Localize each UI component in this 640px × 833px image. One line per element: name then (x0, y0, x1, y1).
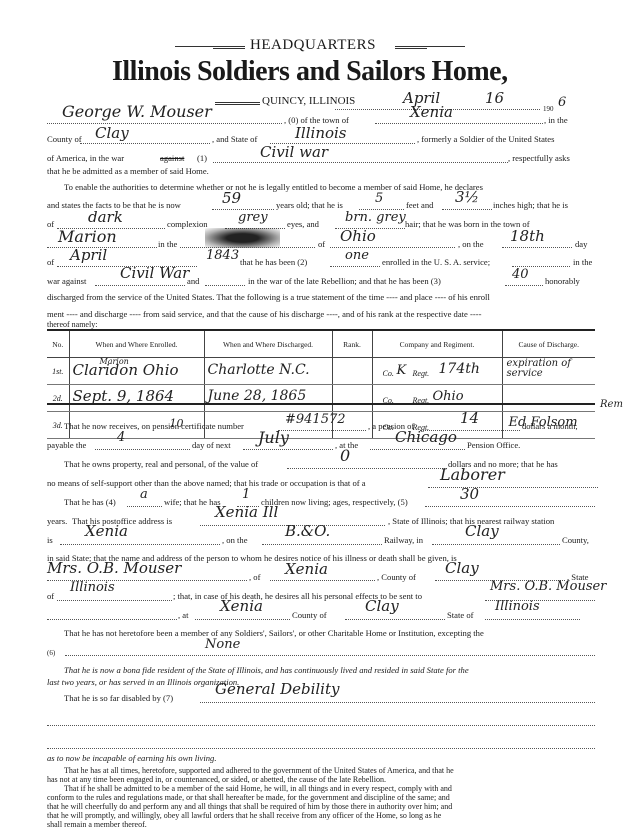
war-strike: against (160, 153, 184, 163)
state-of-label: State of (447, 610, 474, 620)
day-label: day (575, 239, 587, 249)
discharged-value: Charlotte N.C. (208, 364, 310, 377)
property-label: That he owns property, real and personal… (64, 459, 258, 469)
contact-state-line (57, 600, 172, 601)
of-label-3: of (47, 257, 54, 267)
years-label: years. (47, 516, 67, 526)
contact-name-value: Mrs. O.B. Mouser (47, 562, 181, 575)
table-row: 1st. Claridon Ohio Marion Charlotte N.C.… (47, 358, 595, 385)
payable-label: payable the (47, 440, 86, 450)
row-cause: expiration of service (502, 358, 595, 385)
rebellion-line (205, 285, 245, 286)
feet-label: feet and (406, 200, 433, 210)
other-homes-label: That he has not heretofore been a member… (64, 628, 484, 638)
effects-town-line (195, 619, 290, 620)
row-no: 2d. (47, 385, 69, 412)
col-no: No. (47, 331, 69, 358)
oath-line-6: that he will promptly, and willingly, ob… (47, 811, 441, 820)
of-label: of (47, 219, 54, 229)
war-against-label: war against (47, 276, 86, 286)
rail-county-line (432, 544, 560, 545)
war-name-value: Civil War (120, 267, 189, 280)
page-title: Illinois Soldiers and Sailors Home, (112, 56, 508, 88)
disability-line-1 (200, 702, 595, 703)
and-label: and (187, 276, 199, 286)
enrolled-value: Sept. 9, 1864 (73, 390, 175, 403)
war-value: Civil war (260, 146, 328, 159)
eyes-label: eyes, and (287, 219, 319, 229)
applicant-name: George W. Mouser (62, 105, 212, 118)
of-label-2: of (318, 239, 325, 249)
asks-text: , respectfully asks (508, 153, 570, 163)
other-homes-num: (6) (47, 648, 55, 658)
row-no: 1st. (47, 358, 69, 385)
formerly-text: , formerly a Soldier of the United State… (417, 134, 554, 144)
oath-line-2: has not at any time been engaged in, or … (47, 775, 386, 784)
intro-text: To enable the authorities to determine w… (64, 182, 483, 192)
day-of-next-label: day of next (192, 440, 231, 450)
col-enrolled: When and Where Enrolled. (69, 331, 204, 358)
table-bottom-rule (47, 403, 595, 405)
birth-town-value: Marion (58, 230, 117, 243)
row-rank (332, 385, 372, 412)
effects-county-line (345, 619, 445, 620)
hair-value: brn. grey (345, 211, 406, 224)
honorably-line (505, 285, 543, 286)
other-homes-value: None (205, 638, 240, 651)
oath-line-7: shall remain a member thereof. (47, 820, 147, 829)
in-the-label-3: in the (573, 257, 592, 267)
county-of-label: , County of (377, 572, 416, 582)
disability-line-3 (47, 748, 595, 749)
inches-value: 3½ (455, 191, 479, 204)
cert-number-value: #941572 (285, 413, 346, 426)
cert-line (278, 430, 366, 431)
oath-line-5: that he will cheerfully do and perform a… (47, 802, 452, 811)
state-label: , and State of (212, 134, 257, 144)
railway-value: B.&O. (285, 525, 330, 538)
county-label-2: County, (562, 535, 589, 545)
contact-town-line (270, 580, 375, 581)
rail-county-value: Clay (465, 525, 499, 538)
disability-value: General Debility (215, 683, 339, 696)
effects-county-value: Clay (365, 600, 399, 613)
cause-value: expiration of service (507, 359, 587, 379)
inches-label: inches high; that he is (493, 200, 568, 210)
war-name-line (95, 285, 185, 286)
header-rule-left (175, 46, 213, 47)
pension-office-label: Pension Office. (467, 440, 520, 450)
complexion-value: dark (88, 211, 123, 224)
enrolled-note: Marion (100, 355, 129, 368)
war-note: (1) (197, 153, 207, 163)
header-ornament-left (213, 46, 245, 49)
station-value: Xenia (85, 525, 128, 538)
residency-line-1: That he is now a bona fide resident of t… (64, 665, 469, 675)
row-company: Co. K Regt. 174th (372, 358, 502, 385)
war-line (213, 162, 508, 163)
birth-day-value: 18th (510, 230, 545, 243)
location-ornament-left (215, 102, 260, 105)
col-cause: Cause of Discharge. (502, 331, 595, 358)
contact-town-value: Xenia (285, 563, 328, 576)
row-cause (502, 385, 595, 412)
railway-line (262, 544, 382, 545)
children-label: children now living; ages, respectively,… (261, 497, 408, 507)
effects-state-line (485, 619, 580, 620)
oath-line-1: That he has at all times, heretofore, su… (64, 766, 454, 775)
payable-month-line (243, 449, 333, 450)
table-header-row: No. When and Where Enrolled. When and Wh… (47, 331, 595, 358)
birth-year-value: 1843 (206, 249, 239, 262)
regt-value: 174th (439, 363, 480, 376)
contact-county-value: Clay (445, 562, 479, 575)
pension-amount-value: 14 (460, 412, 479, 425)
effects-extra-line (47, 619, 177, 620)
oath-line-4: conform to the rules and regulations mad… (47, 793, 450, 802)
complexion-label: complexion (167, 219, 208, 229)
enrolled-times-value: one (345, 249, 369, 262)
years-old-label: years old; that he is (276, 200, 343, 210)
on-the-label-2: , on the (222, 535, 248, 545)
payable-day-line (95, 449, 190, 450)
station-line (60, 544, 220, 545)
county-line (80, 143, 210, 144)
disability-label: That he is so far disabled by (7) (64, 693, 173, 703)
discharged-value: June 28, 1865 (208, 390, 307, 403)
occupation-line (428, 487, 598, 488)
of-label-4: , of (249, 572, 260, 582)
wife-value: a (140, 488, 148, 501)
header-ornament-right (395, 46, 427, 49)
effects-state-value: Illinois (495, 600, 540, 613)
birth-month-value: April (70, 249, 107, 262)
means-text: no means of self-support other than the … (47, 478, 366, 488)
margin-note: Rem (600, 398, 623, 411)
property-line (287, 468, 447, 469)
co-value: K (397, 364, 407, 377)
birth-day-line (502, 247, 572, 248)
pension-office-value: Chicago (395, 431, 457, 444)
in-the-label-2: in the (158, 239, 177, 249)
ages-value: 30 (460, 488, 479, 501)
date-day: 16 (485, 92, 504, 105)
row-discharged: Charlotte N.C. (204, 358, 332, 385)
contact-state-value: Illinois (70, 581, 115, 594)
is-label: is (47, 535, 53, 545)
header-location: QUINCY, ILLINOIS (262, 95, 355, 107)
in-the-label: , in the (544, 115, 568, 125)
at-label: , at (178, 610, 189, 620)
honorably-label: honorably (545, 276, 580, 286)
feet-value: 5 (375, 192, 383, 205)
other-homes-line (65, 655, 595, 656)
effects-town-value: Xenia (220, 600, 263, 613)
ment-text: ment ---- and discharge ---- from said s… (47, 309, 481, 319)
birth-county-line (180, 247, 315, 248)
has-label: That he has (4) (64, 497, 116, 507)
col-discharged: When and Where Discharged. (204, 331, 332, 358)
name-line (47, 123, 282, 124)
property-value: 0 (340, 449, 350, 462)
wife-label: wife; that he has (164, 497, 221, 507)
row-company: Co. Regt. Ohio (372, 385, 502, 412)
birth-state-value: Ohio (340, 230, 376, 243)
dollars-month-label: dollars a month, (522, 421, 578, 431)
eyes-value: grey (238, 211, 268, 224)
enrolled-label: enrolled in the U. S. A. service; (382, 257, 490, 267)
payable-month-value: July (258, 431, 289, 444)
header-headquarters: HEADQUARTERS (250, 37, 376, 54)
war-label: of America, in the war (47, 153, 124, 163)
railway-label: Railway, in (384, 535, 423, 545)
on-the-label: , on the (458, 239, 484, 249)
disability-line-2 (47, 725, 595, 726)
state-value: Illinois (295, 127, 347, 140)
residency-line-2: last two years, or has served in an Illi… (47, 677, 239, 687)
been-label: that he has been (2) (240, 257, 307, 267)
effects-name-value: Mrs. O.B. Mouser (490, 580, 606, 593)
table-row: 2d. Sept. 9, 1864 June 28, 1865 Co. Regt… (47, 385, 595, 412)
rebellion-text: in the war of the late Rebellion; and th… (248, 276, 441, 286)
oath-line-3: That if he shall be admitted to be a mem… (64, 784, 452, 793)
col-rank: Rank. (332, 331, 372, 358)
county-of-label-2: County of (292, 610, 327, 620)
date-year-suffix: 6 (558, 96, 566, 109)
admit-text: that he be admitted as a member of said … (47, 166, 209, 176)
postoffice-value: Xenia Ill (215, 506, 278, 519)
row-enrolled: Claridon Ohio Marion (69, 358, 204, 385)
header-rule-right (427, 46, 465, 47)
regt-value: Ohio (433, 390, 464, 403)
payable-day-value: 4 (117, 431, 125, 444)
ink-smudge (205, 228, 280, 248)
wife-line (127, 506, 162, 507)
discharged-text: discharged from the service of the Unite… (47, 292, 490, 302)
occupation-value: Laborer (440, 468, 505, 481)
town-value: Xenia (410, 106, 453, 119)
row-rank (332, 358, 372, 385)
col-company: Company and Regiment. (372, 331, 502, 358)
ages-line (425, 506, 595, 507)
town-line (375, 123, 543, 124)
co-label: Co. (383, 369, 394, 378)
regt-label: Regt. (413, 369, 430, 378)
of-label-5: of (47, 591, 54, 601)
inches-line (442, 209, 492, 210)
disability-tail: as to now be incapable of earning his ow… (47, 753, 216, 763)
date-year-prefix: 190 (543, 104, 554, 114)
county-value: Clay (95, 127, 129, 140)
age-value: 59 (222, 192, 241, 205)
honorably-count-value: 40 (512, 268, 529, 281)
county-label: County of (47, 134, 82, 144)
row-enrolled: Sept. 9, 1864 (69, 385, 204, 412)
pension-office-line (370, 449, 465, 450)
row-discharged: June 28, 1865 (204, 385, 332, 412)
cert-label: That he now receives, on pension certifi… (64, 421, 244, 431)
children-value: 1 (242, 488, 250, 501)
enrolled-times-line (330, 266, 380, 267)
